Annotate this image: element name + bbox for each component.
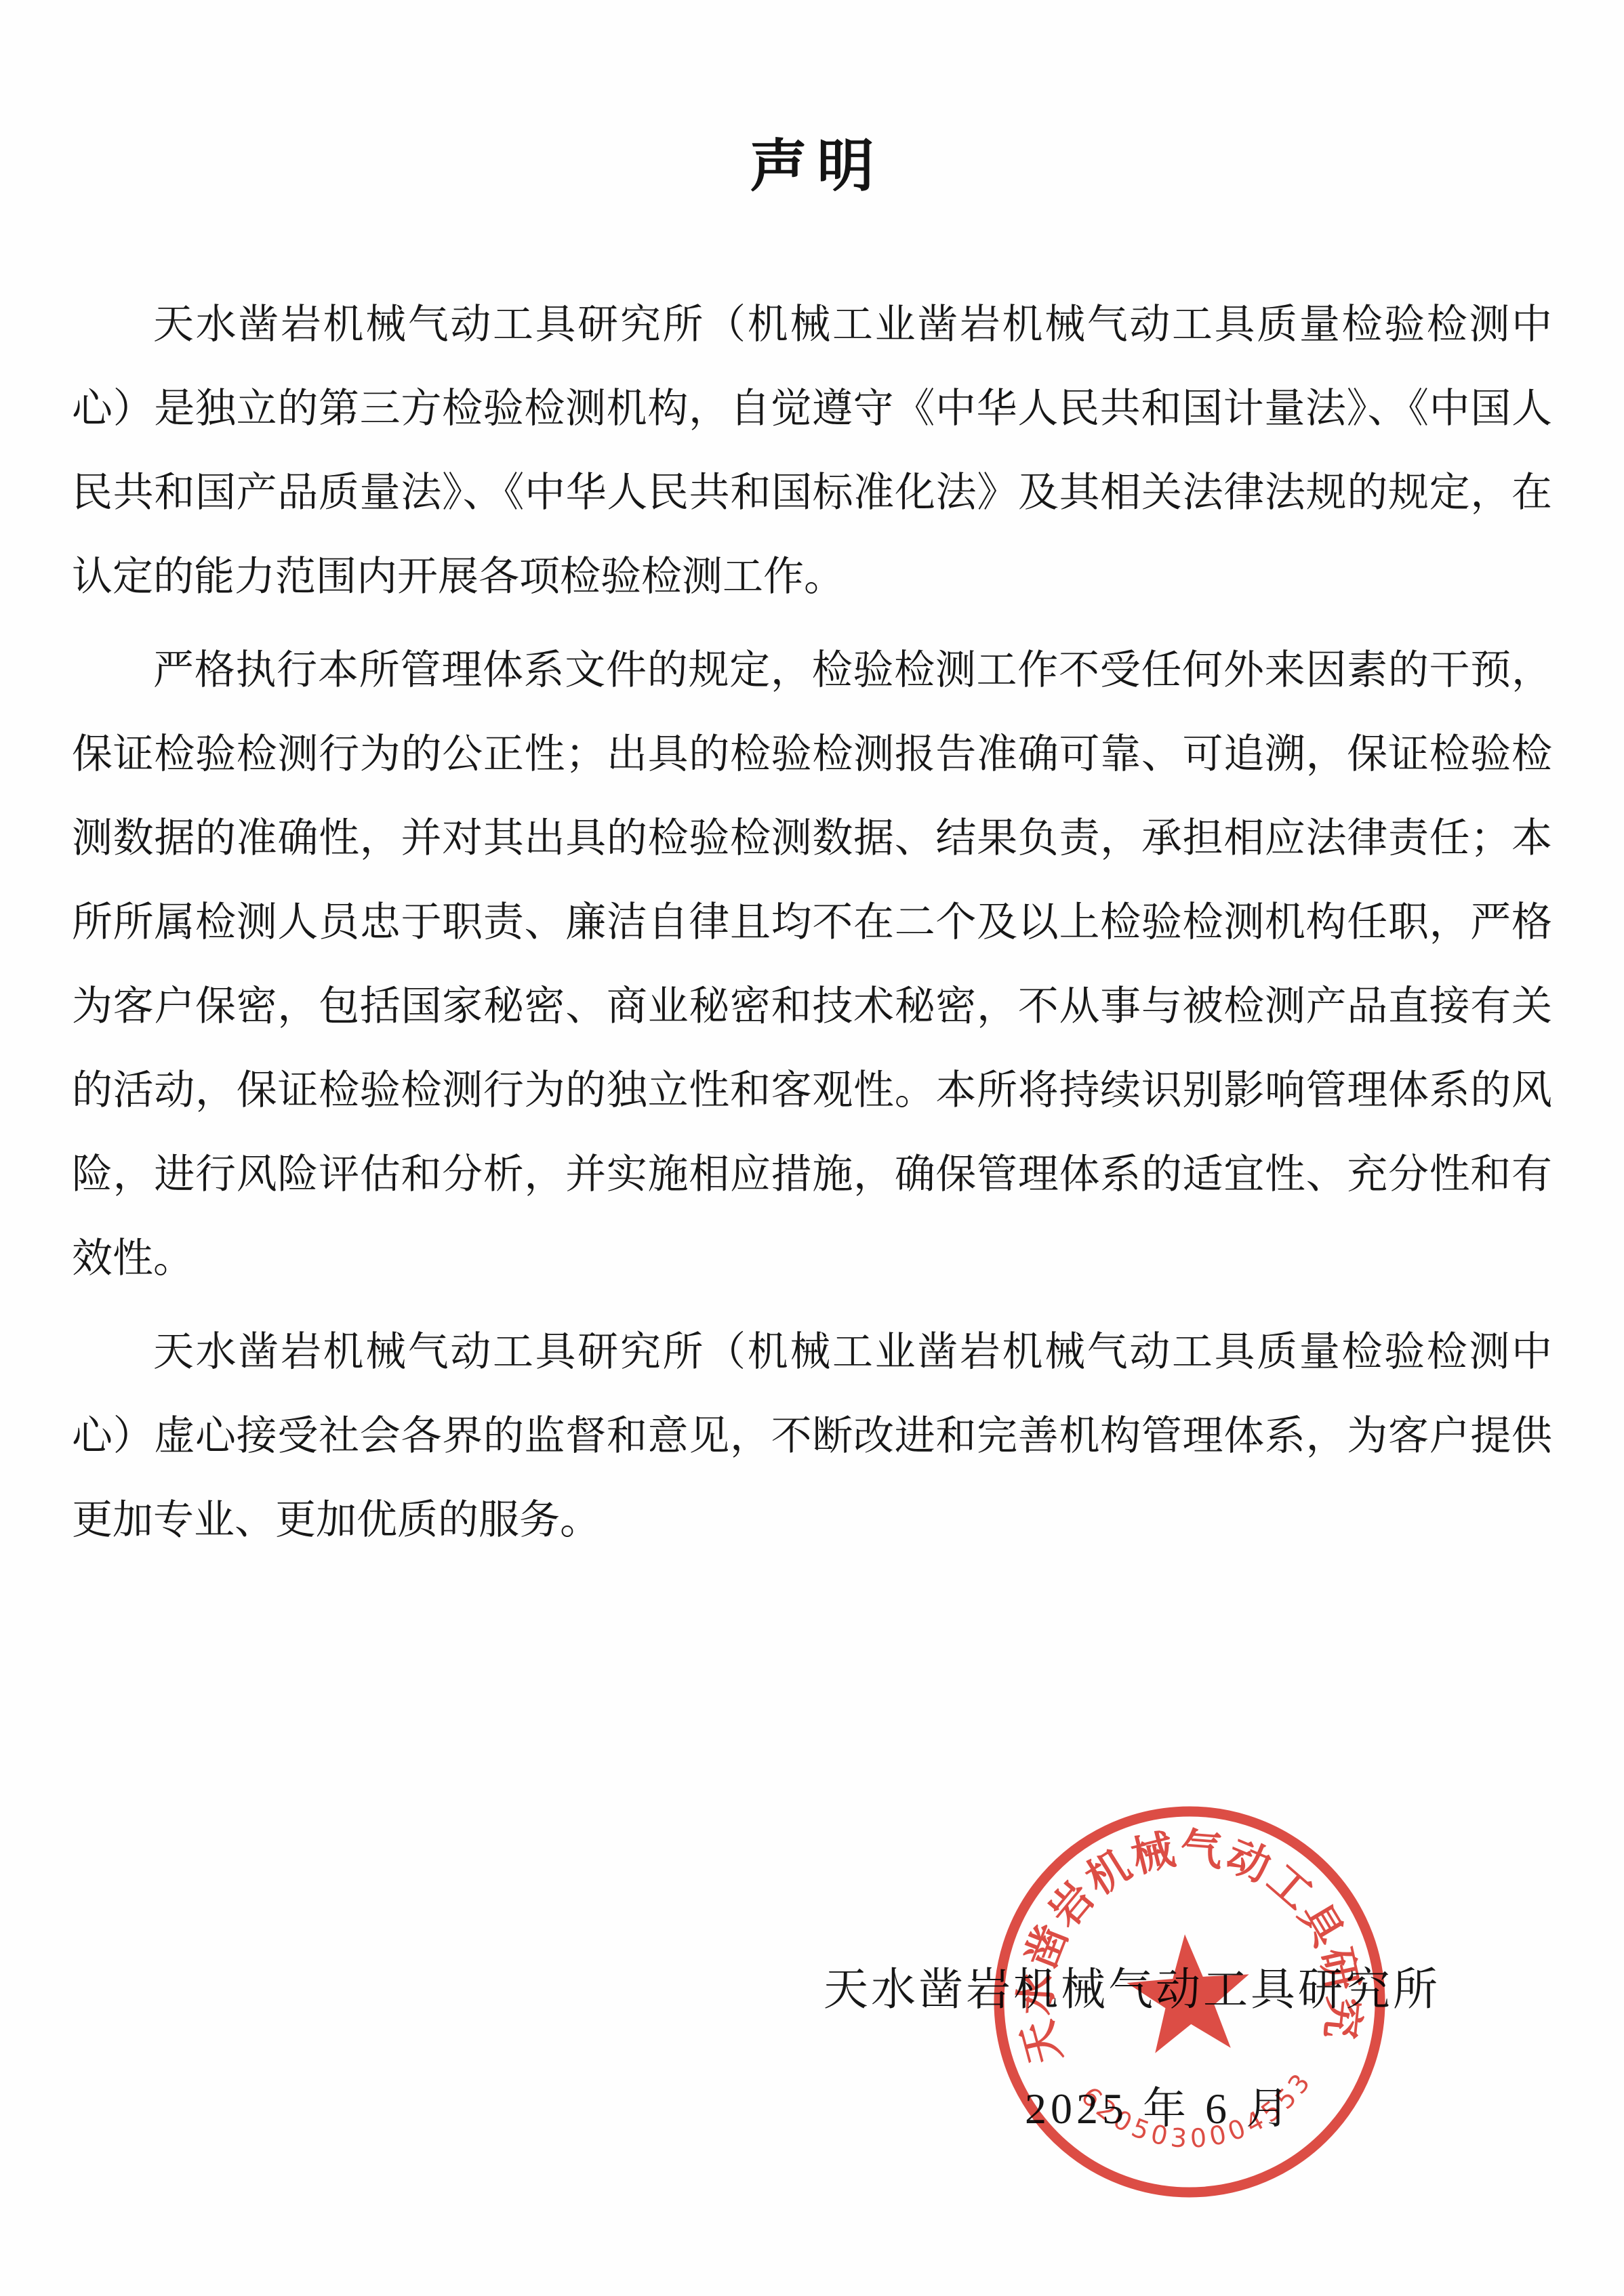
stamp-star-icon — [1124, 1930, 1254, 2055]
official-seal-stamp: 天水凿岩机械气动工具研究所 6205030004553 — [973, 1785, 1406, 2219]
paragraph-3: 天水凿岩机械气动工具研究所（机械工业凿岩机械气动工具质量检验检测中心）虚心接受社… — [72, 1310, 1552, 1562]
declaration-body: 天水凿岩机械气动工具研究所（机械工业凿岩机械气动工具质量检验检测中心）是独立的第… — [72, 283, 1552, 1562]
page-title: 声明 — [0, 121, 1624, 203]
stamp-graphic: 天水凿岩机械气动工具研究所 6205030004553 — [973, 1785, 1406, 2219]
paragraph-2: 严格执行本所管理体系文件的规定，检验检测工作不受任何外来因素的干预，保证检验检测… — [72, 628, 1552, 1300]
stamp-serial-number: 6205030004553 — [1074, 2066, 1320, 2161]
stamp-serial-container: 6205030004553 — [1074, 2066, 1320, 2161]
paragraph-1: 天水凿岩机械气动工具研究所（机械工业凿岩机械气动工具质量检验检测中心）是独立的第… — [72, 283, 1552, 619]
signature-block: 天水凿岩机械气动工具研究所 2025 年 6 月 天水凿岩机械气动工具研究所 6… — [0, 1789, 1624, 2263]
declaration-page: 声明 天水凿岩机械气动工具研究所（机械工业凿岩机械气动工具质量检验检测中心）是独… — [0, 0, 1624, 2296]
